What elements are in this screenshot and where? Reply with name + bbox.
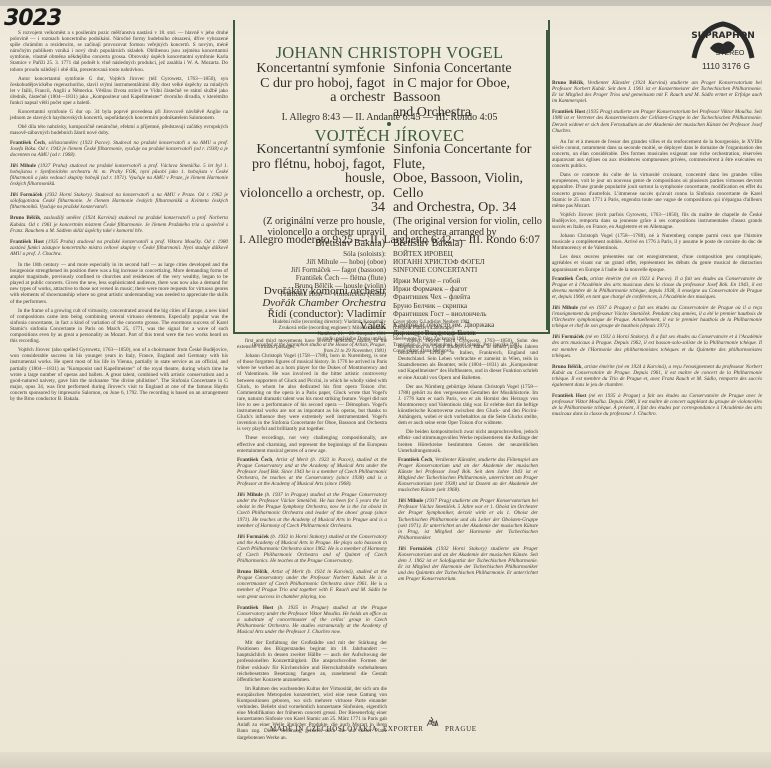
notes-cz-paragraph: Obě díla této nahrávky, kompozičně nenár…	[10, 124, 228, 136]
artia-logo-icon	[421, 716, 441, 734]
stereo-badge: STEREO	[700, 50, 760, 57]
notes-de-paragraph: Die beiden kompositorisch zwar nicht ans…	[398, 429, 538, 453]
bio-fr: Jiří Formáček (né en 1932 à Horní Stakor…	[552, 334, 762, 358]
notes-de-paragraph: Vojtěch Jírovec (auch Gyrowetz, 1763—185…	[398, 338, 538, 381]
notes-en-paragraph: In the 18th century — and more especiall…	[10, 262, 228, 305]
notes-fr-paragraph: Les deux œuvres présentées sur cet enreg…	[552, 254, 762, 272]
bio-cz: Jiří Formáček (1932 Horní Stakory). Stud…	[10, 192, 228, 210]
bio-de: Bruno Bělčík, Verdienter Künstler (1924 …	[552, 80, 762, 104]
notes-column-middle: first and third movements have several d…	[237, 338, 387, 744]
work-title-en-jirovec: Sinfonia Concertante for Flute, Oboe, Ba…	[393, 143, 553, 249]
bio-cz: František Čech, sólista/umělec (1923 Pac…	[10, 140, 228, 158]
bio-fr: Jiří Mihule (né en 1937 à Prague) a fait…	[552, 305, 762, 329]
bio-en: Bruno Bělčík, Artist of Merit (b. 1924 i…	[237, 569, 387, 599]
bio-de: František Host (1935 Prag) studierte am …	[552, 109, 762, 133]
top-edge-shadow	[0, 0, 771, 6]
work-title-cz-vogel: Koncertantní symfonie C dur pro hoboj, f…	[233, 62, 385, 106]
notes-en-paragraph: In the frame of a growing cult of virtuo…	[10, 308, 228, 345]
notes-cz-paragraph: Koncertantní symfonie G dur op. 34 byla …	[10, 109, 228, 121]
bio-en: František Čech, Artist of Merit (b. 1923…	[237, 457, 387, 487]
notes-en-paragraph: Johann Christoph Vogel (1758—1788), born…	[237, 353, 387, 432]
bio-cz: Bruno Bělčík, zasloužilý umělec (1924 Ka…	[10, 215, 228, 233]
movements-jirovec: I. Allegro moderato 9:25 — II. Larghetto…	[233, 234, 546, 246]
bio-de: František Čech, Verdienter Künstler, stu…	[398, 457, 538, 494]
notes-en-paragraph: Vojtěch Jírovec (also spelled Gyrowetz, …	[10, 347, 228, 402]
notes-column-german: Vojtěch Jírovec (auch Gyrowetz, 1763—185…	[398, 338, 538, 587]
record-back-cover: 3023 S rozvojem velkoměst a s posílením …	[0, 0, 771, 768]
bottom-edge	[0, 752, 771, 768]
city-label: PRAGUE	[445, 725, 477, 733]
notes-column-left: S rozvojem velkoměst a s posílením pozic…	[10, 30, 228, 405]
bio-en: Jiří Formáček (b. 1932 in Horní Stakory)…	[237, 534, 387, 564]
notes-cz-paragraph: S rozvojem velkoměst a s posílením pozic…	[10, 30, 228, 73]
notes-en-paragraph: first and third movements have several d…	[237, 338, 387, 350]
bio-fr: František Host (né en 1935 à Prague) a f…	[552, 393, 762, 417]
notes-cz-paragraph: Autor koncertantní symfonie G dur, Vojtě…	[10, 76, 228, 106]
bio-fr: Bruno Bělčík, artiste émérite (né en 192…	[552, 364, 762, 388]
bio-cz: Jiří Mihule (1937 Praha) studoval na pra…	[10, 163, 228, 187]
handwritten-number: 3023	[4, 6, 61, 31]
notes-fr-paragraph: Johann Christoph Vogel (1758—1788), né à…	[552, 233, 762, 251]
bio-cz: František Host (1935 Praha) studoval na …	[10, 239, 228, 257]
bio-fr: František Čech, artiste émérite (né en 1…	[552, 276, 762, 300]
work-title-cz-jirovec: Koncertantní symfonie pro flétnu, hoboj,…	[233, 143, 385, 249]
catalog-number: 1110 3176 G	[686, 61, 766, 71]
notes-en-paragraph: These recordings, not very challenging c…	[237, 435, 387, 453]
notes-fr-paragraph: Dans ce contexte du culte de la virtuosi…	[552, 172, 762, 209]
supraphon-logo-icon: SUPRAPHON	[690, 18, 756, 64]
notes-fr-paragraph: Vojtěch Jírovec (écrit parfois Gyrowetz,…	[552, 212, 762, 230]
bio-de: Jiří Mihule (1937 Prag) studierte am Pra…	[398, 498, 538, 541]
notes-de-paragraph: Mit der Entfaltung der Großstädte und mi…	[237, 640, 387, 683]
made-in-label: MADE IN CZECHOSLOVAKIA	[270, 725, 378, 733]
bio-de: Jiří Formáček (1932 Horní Stakory) studi…	[398, 546, 538, 583]
svg-text:SUPRAPHON: SUPRAPHON	[691, 31, 755, 41]
notes-column-right: Bruno Bělčík, Verdienter Künstler (1924 …	[552, 80, 762, 423]
bio-en: František Host (b. 1935 in Prague) studi…	[237, 605, 387, 635]
bio-en: Jiří Mihule (b. 1937 in Prague) studied …	[237, 492, 387, 529]
composer-vogel: JOHANN CHRISTOPH VOGEL	[233, 43, 546, 63]
notes-fr-paragraph: Au fur et à mesure de l'essor des grande…	[552, 139, 762, 169]
notes-de-paragraph: Der aus Nürnberg gebürtige Johann Christ…	[398, 384, 538, 427]
exporter-label: EXPORTER	[383, 725, 424, 733]
